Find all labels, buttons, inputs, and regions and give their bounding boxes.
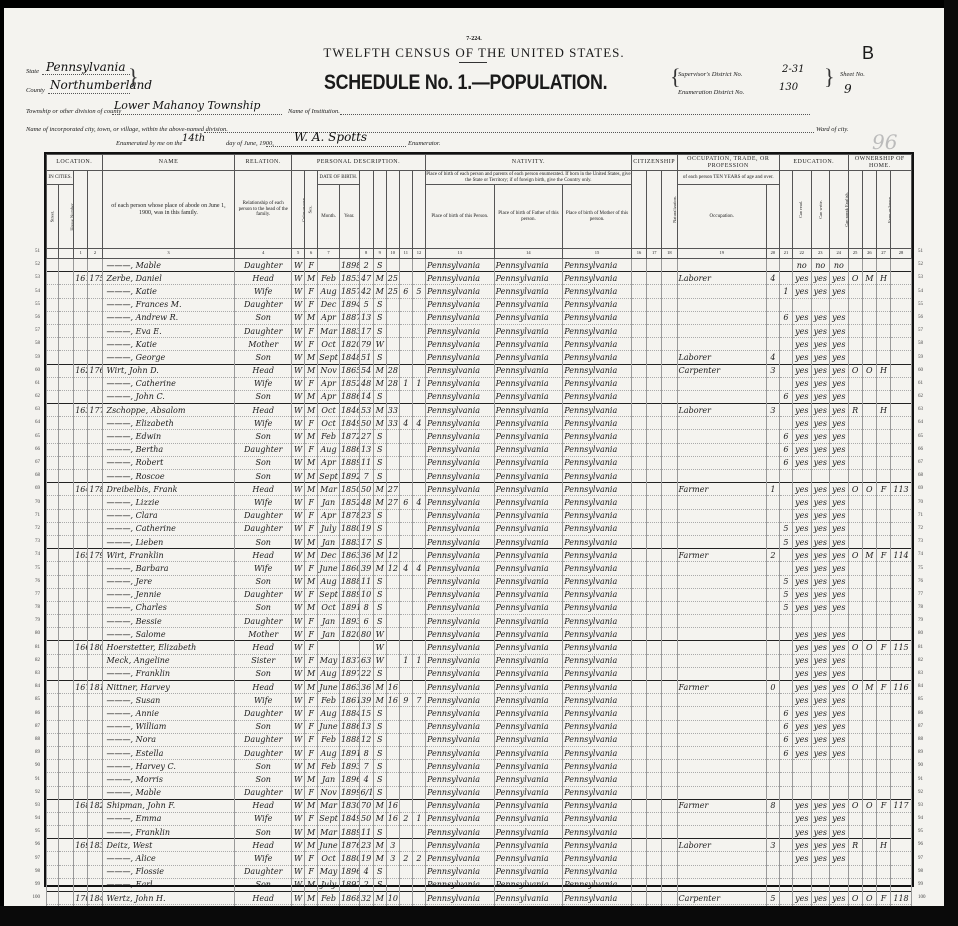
cell-relation: Son bbox=[235, 390, 292, 403]
cell-sex: F bbox=[305, 259, 318, 272]
line-number: 93 bbox=[24, 799, 40, 812]
cell-mother-of bbox=[399, 760, 412, 773]
cell-attended-school bbox=[779, 694, 792, 707]
county-underline bbox=[48, 93, 130, 94]
cell-immigration bbox=[631, 285, 646, 298]
cell-year: 1897 bbox=[339, 667, 359, 680]
cell-mother-of: 1 bbox=[399, 654, 412, 667]
cell-dwelling bbox=[74, 324, 88, 337]
cell-marital: S bbox=[373, 351, 386, 364]
cell-mother-of bbox=[399, 456, 412, 469]
column-number: 16 bbox=[631, 249, 646, 259]
cell-family bbox=[88, 878, 102, 891]
cell-year: 1888 bbox=[339, 575, 359, 588]
cell-can-read: yes bbox=[793, 588, 812, 601]
cell-attended-school bbox=[779, 681, 792, 694]
line-number: 94 bbox=[918, 812, 932, 825]
cell-street bbox=[47, 535, 59, 548]
cell-color: W bbox=[292, 377, 305, 390]
cell-can-speak: yes bbox=[830, 707, 849, 720]
cell-owned-rented bbox=[848, 812, 862, 825]
line-number: 89 bbox=[24, 746, 40, 759]
cell-farm-house bbox=[876, 430, 890, 443]
cell-farm-house bbox=[876, 324, 890, 337]
cell-relation: Daughter bbox=[235, 443, 292, 456]
line-number: 100 bbox=[24, 891, 40, 904]
column-number: 26 bbox=[862, 249, 876, 259]
ward-label: Ward of city. bbox=[816, 126, 849, 133]
cell-dwelling bbox=[74, 338, 88, 351]
cell-birth-person: Pennsylvania bbox=[426, 786, 495, 799]
table-row: ———, EstellaDaughterWFAug18918SPennsylva… bbox=[47, 746, 912, 759]
cell-can-speak: yes bbox=[830, 404, 849, 417]
header-age: Age at last birthday. bbox=[359, 171, 373, 249]
cell-can-speak: yes bbox=[830, 733, 849, 746]
cell-owned-rented bbox=[848, 456, 862, 469]
line-number: 61 bbox=[918, 377, 932, 390]
cell-naturalization bbox=[662, 470, 677, 483]
cell-relation: Daughter bbox=[235, 259, 292, 272]
line-number: 84 bbox=[918, 680, 932, 693]
cell-years-married: 10 bbox=[386, 892, 399, 905]
cell-months-unemployed bbox=[766, 338, 779, 351]
cell-marital: S bbox=[373, 773, 386, 786]
cell-years-in-us bbox=[647, 852, 662, 865]
cell-year: 1848 bbox=[339, 351, 359, 364]
cell-sex: M bbox=[305, 549, 318, 562]
cell-year: 1889 bbox=[339, 456, 359, 469]
cell-mother-of bbox=[399, 430, 412, 443]
cell-dwelling bbox=[74, 601, 88, 614]
cell-month: Aug bbox=[318, 575, 340, 588]
cell-family bbox=[88, 865, 102, 878]
header-months-unemployed: Months not employed. bbox=[766, 185, 779, 249]
cell-name: Dreibelbis, Frank bbox=[102, 483, 235, 496]
cell-dwelling bbox=[74, 456, 88, 469]
cell-can-speak: yes bbox=[830, 443, 849, 456]
cell-years-married bbox=[386, 746, 399, 759]
cell-can-write: yes bbox=[811, 694, 830, 707]
cell-owned-rented bbox=[848, 430, 862, 443]
cell-house bbox=[58, 681, 73, 694]
cell-sex: F bbox=[305, 628, 318, 641]
cell-birth-person: Pennsylvania bbox=[426, 522, 495, 535]
cell-month: Oct bbox=[318, 404, 340, 417]
table-row: ———, John C.SonWMApr188614SPennsylvaniaP… bbox=[47, 390, 912, 403]
cell-relation: Son bbox=[235, 351, 292, 364]
cell-age: 39 bbox=[359, 562, 373, 575]
cell-name: ———, Catherine bbox=[102, 377, 235, 390]
cell-relation: Wife bbox=[235, 417, 292, 430]
cell-can-read: yes bbox=[793, 311, 812, 324]
cell-children-living bbox=[412, 628, 425, 641]
cell-house bbox=[58, 522, 73, 535]
cell-can-read: yes bbox=[793, 351, 812, 364]
cell-birth-father: Pennsylvania bbox=[494, 272, 563, 285]
line-number: 63 bbox=[24, 403, 40, 416]
line-number: 97 bbox=[24, 852, 40, 865]
cell-month bbox=[318, 641, 340, 654]
cell-birth-mother: Pennsylvania bbox=[563, 746, 632, 759]
cell-dwelling bbox=[74, 615, 88, 628]
cell-owned-rented bbox=[848, 746, 862, 759]
cell-birth-person: Pennsylvania bbox=[426, 470, 495, 483]
header-year: Year. bbox=[339, 185, 359, 249]
header-can-speak: Can speak English. bbox=[830, 171, 849, 249]
cell-can-read: yes bbox=[793, 641, 812, 654]
cell-mother-of bbox=[399, 311, 412, 324]
cell-children-living bbox=[412, 575, 425, 588]
cell-farm-house bbox=[876, 417, 890, 430]
cell-naturalization bbox=[662, 786, 677, 799]
cell-mother-of bbox=[399, 259, 412, 272]
table-row: ———, BessieDaughterWFJan18936SPennsylvan… bbox=[47, 615, 912, 628]
cell-mother-of bbox=[399, 470, 412, 483]
cell-birth-person: Pennsylvania bbox=[426, 707, 495, 720]
cell-months-unemployed bbox=[766, 615, 779, 628]
cell-name: ———, Lieben bbox=[102, 535, 235, 548]
cell-birth-father: Pennsylvania bbox=[494, 588, 563, 601]
cell-attended-school bbox=[779, 470, 792, 483]
cell-can-read bbox=[793, 470, 812, 483]
cell-birth-person: Pennsylvania bbox=[426, 324, 495, 337]
cell-years-married bbox=[386, 259, 399, 272]
cell-farm-house: H bbox=[876, 839, 890, 852]
cell-sex: M bbox=[305, 404, 318, 417]
cell-months-unemployed bbox=[766, 720, 779, 733]
cell-attended-school: 6 bbox=[779, 430, 792, 443]
cell-naturalization bbox=[662, 865, 677, 878]
cell-free-mortgaged bbox=[862, 865, 876, 878]
cell-year: 1893 bbox=[339, 760, 359, 773]
cell-month: Mar bbox=[318, 826, 340, 839]
cell-month: Aug bbox=[318, 285, 340, 298]
cell-can-write: yes bbox=[811, 351, 830, 364]
cell-marital: M bbox=[373, 285, 386, 298]
cell-year: 1830 bbox=[339, 799, 359, 812]
cell-can-write: yes bbox=[811, 285, 830, 298]
cell-family: 176 bbox=[88, 364, 102, 377]
cell-street bbox=[47, 667, 59, 680]
cell-house bbox=[58, 760, 73, 773]
cell-age: 70 bbox=[359, 799, 373, 812]
cell-month: Apr bbox=[318, 390, 340, 403]
cell-farm-schedule bbox=[891, 509, 912, 522]
cell-years-in-us bbox=[647, 338, 662, 351]
cell-years-married: 25 bbox=[386, 272, 399, 285]
cell-farm-schedule bbox=[891, 773, 912, 786]
cell-can-write: yes bbox=[811, 430, 830, 443]
supervisor-value: 2-31 bbox=[782, 64, 804, 75]
cell-birth-person: Pennsylvania bbox=[426, 641, 495, 654]
cell-house bbox=[58, 351, 73, 364]
cell-years-married bbox=[386, 311, 399, 324]
cell-street bbox=[47, 812, 59, 825]
line-number: 67 bbox=[918, 456, 932, 469]
cell-can-write: yes bbox=[811, 852, 830, 865]
cell-marital: S bbox=[373, 826, 386, 839]
line-number: 92 bbox=[918, 786, 932, 799]
cell-house bbox=[58, 285, 73, 298]
cell-color: W bbox=[292, 773, 305, 786]
cell-month: Oct bbox=[318, 601, 340, 614]
cell-age: 6/12 bbox=[359, 786, 373, 799]
cell-birth-mother: Pennsylvania bbox=[563, 865, 632, 878]
cell-months-unemployed bbox=[766, 852, 779, 865]
cell-can-read: yes bbox=[793, 852, 812, 865]
cell-color: W bbox=[292, 259, 305, 272]
cell-naturalization bbox=[662, 799, 677, 812]
cell-farm-schedule bbox=[891, 865, 912, 878]
cell-farm-house: F bbox=[876, 641, 890, 654]
cell-free-mortgaged: O bbox=[862, 641, 876, 654]
cell-family bbox=[88, 667, 102, 680]
cell-family bbox=[88, 377, 102, 390]
cell-house bbox=[58, 799, 73, 812]
table-row: ———, FlossieDaughterWFMay18964SPennsylva… bbox=[47, 865, 912, 878]
cell-immigration bbox=[631, 628, 646, 641]
cell-birth-person: Pennsylvania bbox=[426, 417, 495, 430]
line-numbers-right: 5152535455565758596061626364656667686970… bbox=[918, 245, 932, 904]
cell-color: W bbox=[292, 681, 305, 694]
cell-house bbox=[58, 865, 73, 878]
cell-sex: F bbox=[305, 443, 318, 456]
cell-name: ———, Annie bbox=[102, 707, 235, 720]
table-row: ———, KatieMotherWFOct182079WPennsylvania… bbox=[47, 338, 912, 351]
cell-owned-rented bbox=[848, 535, 862, 548]
cell-farm-house bbox=[876, 311, 890, 324]
cell-can-write: yes bbox=[811, 812, 830, 825]
cell-dwelling bbox=[74, 311, 88, 324]
cell-marital: M bbox=[373, 417, 386, 430]
header-farm-house: Farm or house. bbox=[876, 171, 890, 249]
cell-years-in-us bbox=[647, 535, 662, 548]
cell-birth-father: Pennsylvania bbox=[494, 865, 563, 878]
cell-naturalization bbox=[662, 483, 677, 496]
cell-can-speak bbox=[830, 298, 849, 311]
cell-farm-house bbox=[876, 443, 890, 456]
cell-birth-father: Pennsylvania bbox=[494, 681, 563, 694]
cell-farm-house bbox=[876, 377, 890, 390]
cell-farm-schedule bbox=[891, 390, 912, 403]
sheet-label: Sheet No. bbox=[840, 71, 865, 78]
cell-house bbox=[58, 272, 73, 285]
cell-street bbox=[47, 878, 59, 891]
cell-attended-school bbox=[779, 878, 792, 891]
column-number: 24 bbox=[830, 249, 849, 259]
cell-can-read bbox=[793, 786, 812, 799]
cell-occupation bbox=[677, 694, 766, 707]
cell-month: Nov bbox=[318, 786, 340, 799]
cell-occupation: Farmer bbox=[677, 549, 766, 562]
cell-years-married: 16 bbox=[386, 681, 399, 694]
cell-age: 2 bbox=[359, 259, 373, 272]
cell-can-write: yes bbox=[811, 311, 830, 324]
cell-house bbox=[58, 496, 73, 509]
cell-immigration bbox=[631, 812, 646, 825]
cell-months-unemployed bbox=[766, 786, 779, 799]
cell-age: 50 bbox=[359, 483, 373, 496]
cell-attended-school: 6 bbox=[779, 311, 792, 324]
cell-years-in-us bbox=[647, 786, 662, 799]
cell-family bbox=[88, 654, 102, 667]
cell-farm-house bbox=[876, 562, 890, 575]
cell-can-write bbox=[811, 470, 830, 483]
cell-years-married: 28 bbox=[386, 377, 399, 390]
cell-relation: Head bbox=[235, 272, 292, 285]
cell-can-speak: yes bbox=[830, 667, 849, 680]
cell-family bbox=[88, 430, 102, 443]
cell-can-speak: yes bbox=[830, 324, 849, 337]
cell-year: 1888 bbox=[339, 733, 359, 746]
cell-mother-of bbox=[399, 404, 412, 417]
cell-farm-schedule bbox=[891, 311, 912, 324]
cell-naturalization bbox=[662, 417, 677, 430]
line-number: 62 bbox=[24, 390, 40, 403]
column-number: 11 bbox=[399, 249, 412, 259]
cell-marital: M bbox=[373, 483, 386, 496]
cell-years-in-us bbox=[647, 799, 662, 812]
cell-children-living bbox=[412, 338, 425, 351]
cell-dwelling bbox=[74, 667, 88, 680]
cell-month: Nov bbox=[318, 364, 340, 377]
cell-children-living bbox=[412, 865, 425, 878]
cell-birth-person: Pennsylvania bbox=[426, 509, 495, 522]
cell-street bbox=[47, 522, 59, 535]
cell-age: 8 bbox=[359, 601, 373, 614]
cell-sex: M bbox=[305, 272, 318, 285]
cell-year: 1896 bbox=[339, 773, 359, 786]
cell-birth-person: Pennsylvania bbox=[426, 601, 495, 614]
table-row: ———, CatherineDaughterWFJuly188019SPenns… bbox=[47, 522, 912, 535]
cell-dwelling bbox=[74, 588, 88, 601]
cell-years-married bbox=[386, 430, 399, 443]
cell-years-married bbox=[386, 826, 399, 839]
cell-marital: S bbox=[373, 667, 386, 680]
cell-relation: Mother bbox=[235, 628, 292, 641]
cell-birth-father: Pennsylvania bbox=[494, 760, 563, 773]
cell-birth-father: Pennsylvania bbox=[494, 615, 563, 628]
cell-street bbox=[47, 259, 59, 272]
cell-free-mortgaged bbox=[862, 720, 876, 733]
cell-can-write bbox=[811, 865, 830, 878]
cell-birth-mother: Pennsylvania bbox=[563, 852, 632, 865]
cell-name: ———, Barbara bbox=[102, 562, 235, 575]
table-row: ———, AnnieDaughterWFAug188415SPennsylvan… bbox=[47, 707, 912, 720]
cell-occupation bbox=[677, 826, 766, 839]
cell-marital: W bbox=[373, 641, 386, 654]
cell-can-speak bbox=[830, 760, 849, 773]
schedule-title: SCHEDULE No. 1.—POPULATION. bbox=[324, 71, 607, 95]
cell-can-write: yes bbox=[811, 456, 830, 469]
cell-years-married bbox=[386, 733, 399, 746]
cell-can-speak: yes bbox=[830, 549, 849, 562]
column-number: 21 bbox=[779, 249, 792, 259]
cell-farm-house bbox=[876, 522, 890, 535]
cell-birth-mother: Pennsylvania bbox=[563, 496, 632, 509]
cell-name: ———, Robert bbox=[102, 456, 235, 469]
cell-children-living bbox=[412, 799, 425, 812]
cell-marital: S bbox=[373, 878, 386, 891]
cell-birth-father: Pennsylvania bbox=[494, 298, 563, 311]
cell-free-mortgaged bbox=[862, 443, 876, 456]
cell-birth-father: Pennsylvania bbox=[494, 390, 563, 403]
cell-month: Jan bbox=[318, 628, 340, 641]
line-number: 54 bbox=[918, 285, 932, 298]
header-location: LOCATION. bbox=[47, 155, 103, 171]
cell-sex: F bbox=[305, 812, 318, 825]
cell-children-living bbox=[412, 826, 425, 839]
cell-can-write: yes bbox=[811, 601, 830, 614]
census-title: TWELFTH CENSUS OF THE UNITED STATES. bbox=[4, 45, 944, 61]
table-row: 167181Nittner, HarveyHeadWMJune186336M16… bbox=[47, 681, 912, 694]
cell-free-mortgaged bbox=[862, 760, 876, 773]
table-row: ———, SalomeMotherWFJan182080WPennsylvani… bbox=[47, 628, 912, 641]
cell-years-in-us bbox=[647, 509, 662, 522]
line-number: 55 bbox=[24, 298, 40, 311]
cell-marital: M bbox=[373, 852, 386, 865]
cell-birth-person: Pennsylvania bbox=[426, 654, 495, 667]
cell-occupation bbox=[677, 575, 766, 588]
cell-marital: S bbox=[373, 456, 386, 469]
cell-months-unemployed: 0 bbox=[766, 681, 779, 694]
cell-months-unemployed: 3 bbox=[766, 404, 779, 417]
table-row: 169183Deitz, WestHeadWMJune187623M3Penns… bbox=[47, 839, 912, 852]
cell-years-in-us bbox=[647, 588, 662, 601]
cell-sex: M bbox=[305, 311, 318, 324]
cell-occupation bbox=[677, 430, 766, 443]
cell-month: Feb bbox=[318, 430, 340, 443]
cell-age: 13 bbox=[359, 311, 373, 324]
line-number: 70 bbox=[24, 496, 40, 509]
cell-free-mortgaged: O bbox=[862, 364, 876, 377]
cell-can-read: yes bbox=[793, 404, 812, 417]
header-house: House Number. bbox=[58, 185, 73, 249]
cell-house bbox=[58, 852, 73, 865]
cell-marital: S bbox=[373, 760, 386, 773]
header-occupation-desc: of each person TEN YEARS of age and over… bbox=[677, 171, 779, 185]
cell-year: 1896 bbox=[339, 865, 359, 878]
cell-owned-rented bbox=[848, 417, 862, 430]
cell-color: W bbox=[292, 799, 305, 812]
cell-color: W bbox=[292, 390, 305, 403]
cell-years-in-us bbox=[647, 878, 662, 891]
cell-can-speak: yes bbox=[830, 509, 849, 522]
cell-can-write: yes bbox=[811, 549, 830, 562]
cell-marital: W bbox=[373, 338, 386, 351]
cell-years-in-us bbox=[647, 259, 662, 272]
cell-naturalization bbox=[662, 654, 677, 667]
cell-naturalization bbox=[662, 892, 677, 905]
cell-birth-father: Pennsylvania bbox=[494, 562, 563, 575]
cell-house bbox=[58, 892, 73, 905]
cell-farm-schedule bbox=[891, 470, 912, 483]
cell-age: 8 bbox=[359, 746, 373, 759]
cell-birth-father: Pennsylvania bbox=[494, 377, 563, 390]
cell-owned-rented bbox=[848, 509, 862, 522]
cell-year: 1883 bbox=[339, 324, 359, 337]
cell-children-living bbox=[412, 786, 425, 799]
cell-year: 1898 bbox=[339, 259, 359, 272]
cell-relation: Daughter bbox=[235, 707, 292, 720]
line-number: 70 bbox=[918, 496, 932, 509]
cell-farm-house bbox=[876, 496, 890, 509]
cell-birth-mother: Pennsylvania bbox=[563, 443, 632, 456]
cell-immigration bbox=[631, 786, 646, 799]
cell-owned-rented bbox=[848, 470, 862, 483]
cell-farm-house bbox=[876, 733, 890, 746]
column-number: 10 bbox=[386, 249, 399, 259]
